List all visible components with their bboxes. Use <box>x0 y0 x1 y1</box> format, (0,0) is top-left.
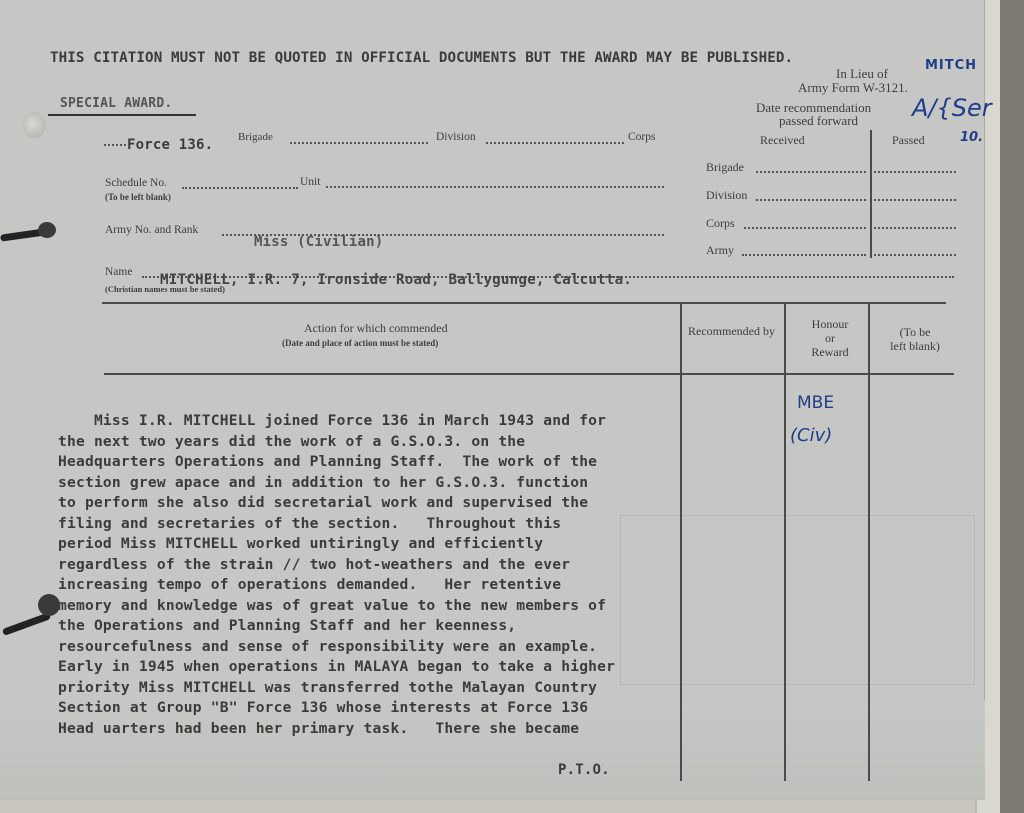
citation-line: Headquarters Operations and Planning Sta… <box>58 452 688 473</box>
citation-line: resourcefulness and sense of responsibil… <box>58 637 688 658</box>
citation-line: section grew apace and in addition to he… <box>58 473 688 494</box>
action-header-note: (Date and place of action must be stated… <box>282 338 438 348</box>
citation-line: priority Miss MITCHELL was transferred t… <box>58 678 688 699</box>
award-type-heading: SPECIAL AWARD. <box>60 96 172 111</box>
citation-line: Head uarters had been her primary task. … <box>58 719 688 740</box>
unit-label: Unit <box>300 176 320 188</box>
brigade-row-label: Brigade <box>706 160 744 175</box>
formation-value: Force 136. <box>127 137 213 153</box>
passed-column-label: Passed <box>892 133 925 148</box>
handwritten-surname: MITCH <box>925 58 977 73</box>
schedule-label: Schedule No. <box>105 177 167 189</box>
handwritten-passed-note: 10. <box>960 130 983 145</box>
division-label: Division <box>436 131 476 143</box>
citation-line: Section at Group "B" Force 136 whose int… <box>58 698 688 719</box>
citation-line: filing and secretaries of the section. T… <box>58 514 688 535</box>
recommended-by-header: Recommended by <box>688 324 775 339</box>
citation-line: memory and knowledge was of great value … <box>58 596 688 617</box>
treasury-tag-knot-lower <box>38 594 60 616</box>
citation-line: to perform she also did secretarial work… <box>58 493 688 514</box>
page-turn-note: P.T.O. <box>558 762 610 778</box>
document-photo: THIS CITATION MUST NOT BE QUOTED IN OFFI… <box>0 0 1024 813</box>
citation-form: THIS CITATION MUST NOT BE QUOTED IN OFFI… <box>0 0 985 800</box>
name-label: Name <box>105 266 132 278</box>
schedule-note: (To be left blank) <box>105 192 171 202</box>
treasury-tag-lower <box>2 612 51 636</box>
honour-value: MBE <box>797 393 834 413</box>
citation-line: the Operations and Planning Staff and he… <box>58 616 688 637</box>
action-header: Action for which commended <box>304 321 448 336</box>
received-column-label: Received <box>760 133 805 148</box>
punch-hole <box>22 112 46 138</box>
folder-edge <box>1000 0 1024 813</box>
passed-forward-label: passed forward <box>779 113 858 129</box>
form-reference-line2: Army Form W-3121. <box>798 80 908 96</box>
army-no-rank-value: Miss (Civilian) <box>254 234 383 250</box>
citation-line: regardless of the strain // two hot-weat… <box>58 555 688 576</box>
table-header-rule <box>104 373 954 375</box>
division-row-label: Division <box>706 188 747 203</box>
name-value: MITCHELL, I.R. 7, Ironside Road, Ballygu… <box>160 272 632 288</box>
handwritten-date-note: A/{Ser <box>912 94 992 122</box>
citation-line: Early in 1945 when operations in MALAYA … <box>58 657 688 678</box>
citation-text: Miss I.R. MITCHELL joined Force 136 in M… <box>58 411 688 739</box>
corps-row-label: Corps <box>706 216 735 231</box>
restriction-notice: THIS CITATION MUST NOT BE QUOTED IN OFFI… <box>50 50 793 66</box>
citation-line: the next two years did the work of a G.S… <box>58 432 688 453</box>
army-no-rank-label: Army No. and Rank <box>105 224 198 236</box>
citation-line: period Miss MITCHELL worked untiringly a… <box>58 534 688 555</box>
award-type-underline <box>48 114 196 116</box>
left-blank-header: (To be left blank) <box>878 325 952 353</box>
honour-qualifier: (Civ) <box>790 425 832 446</box>
army-row-label: Army <box>706 243 734 258</box>
brigade-label: Brigade <box>238 131 273 143</box>
honour-or-reward-header: Honour or Reward <box>804 317 856 359</box>
corps-label: Corps <box>628 131 655 143</box>
treasury-tag-knot-upper <box>38 222 56 238</box>
table-top-rule <box>102 302 946 304</box>
citation-line: increasing tempo of operations demanded.… <box>58 575 688 596</box>
received-passed-divider <box>870 130 872 258</box>
citation-line: Miss I.R. MITCHELL joined Force 136 in M… <box>58 411 688 432</box>
